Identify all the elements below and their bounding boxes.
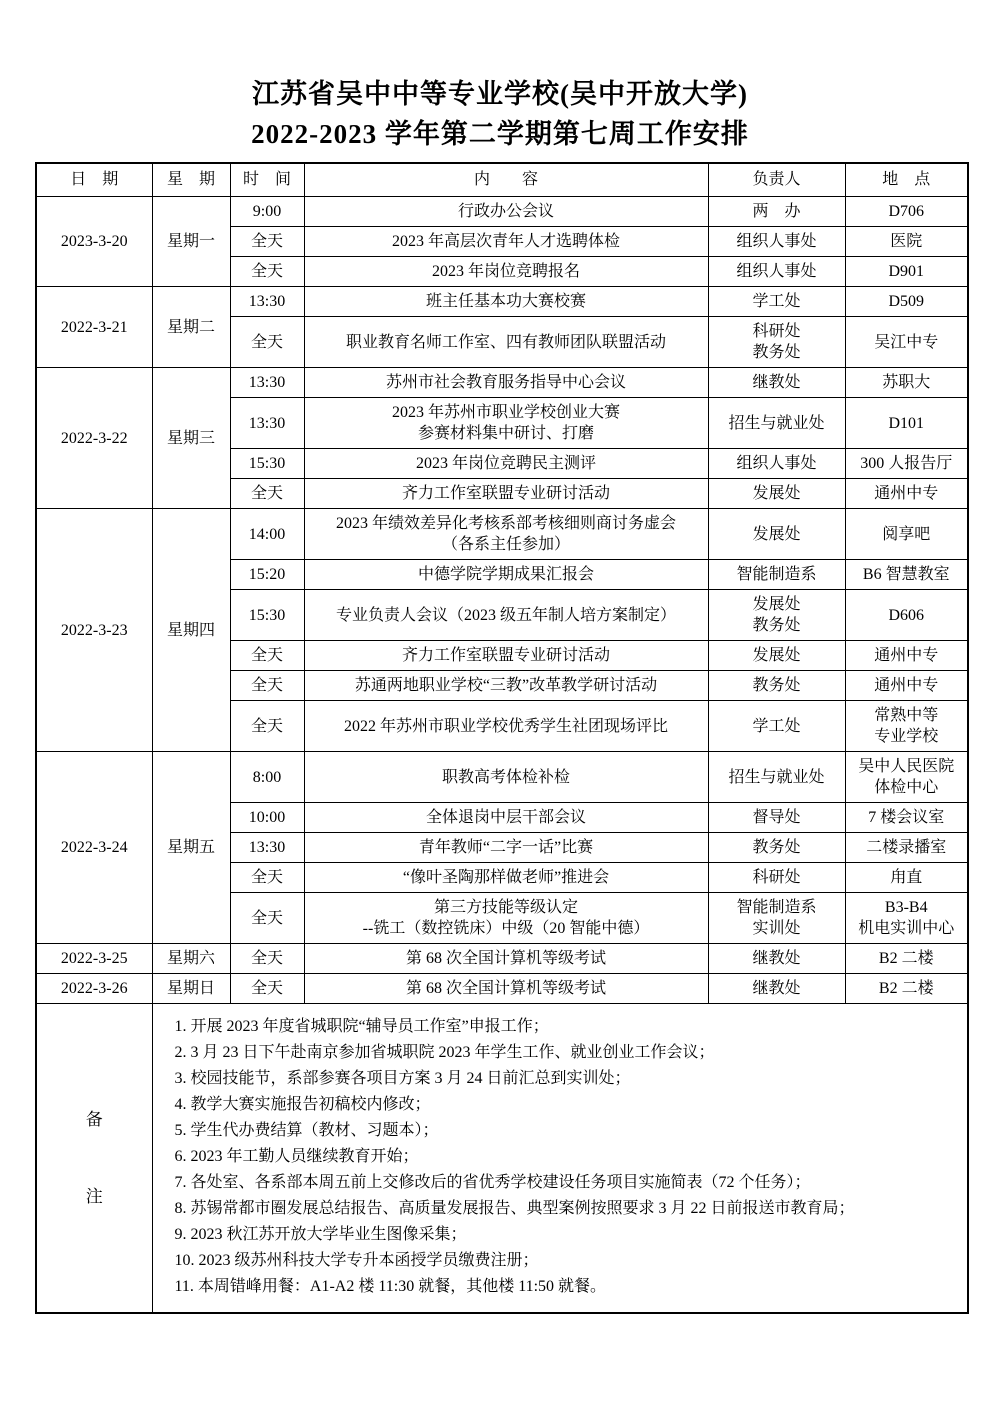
owner-cell: 招生与就业处 xyxy=(708,398,845,449)
schedule-table: 日 期星 期时 间内 容负责人地 点 2023-3-20星期一9:00行政办公会… xyxy=(35,162,969,1314)
place-cell: 医院 xyxy=(845,227,968,257)
place-cell-line: 阅享吧 xyxy=(848,524,966,545)
content-cell: 全体退岗中层干部会议 xyxy=(304,803,708,833)
place-cell: D706 xyxy=(845,197,968,227)
content-cell: 2023 年苏州市职业学校创业大赛参赛材料集中研讨、打磨 xyxy=(304,398,708,449)
time-cell: 14:00 xyxy=(230,509,304,560)
content-cell-line: 青年教师“二字一话”比赛 xyxy=(307,837,706,858)
note-item: 7. 各处室、各系部本周五前上交修改后的省优秀学校建设任务项目实施简表（72 个… xyxy=(175,1170,958,1196)
schedule-row: 2023-3-20星期一9:00行政办公会议两 办D706 xyxy=(36,197,968,227)
place-cell-line: 通州中专 xyxy=(848,675,966,696)
note-item: 9. 2023 秋江苏开放大学毕业生图像采集； xyxy=(175,1222,958,1248)
content-cell-line: 2023 年绩效差异化考核系部考核细则商讨务虚会 xyxy=(307,513,706,534)
weekday-cell: 星期三 xyxy=(152,368,230,509)
content-cell-line: 2023 年岗位竞聘报名 xyxy=(307,261,706,282)
owner-cell: 继教处 xyxy=(708,368,845,398)
content-cell-line: 行政办公会议 xyxy=(307,201,706,222)
time-cell-line: 13:30 xyxy=(233,291,302,312)
content-cell: 行政办公会议 xyxy=(304,197,708,227)
schedule-row: 2022-3-25星期六全天第 68 次全国计算机等级考试继教处B2 二楼 xyxy=(36,944,968,974)
owner-cell: 科研处教务处 xyxy=(708,317,845,368)
document-title-line1: 江苏省吴中中等专业学校(吴中开放大学) xyxy=(0,74,1000,114)
time-cell-line: 全天 xyxy=(233,483,302,504)
weekday-cell-line: 星期二 xyxy=(155,317,228,338)
content-cell: 2023 年绩效差异化考核系部考核细则商讨务虚会（各系主任参加） xyxy=(304,509,708,560)
owner-cell: 智能制造系 xyxy=(708,560,845,590)
place-cell-line: 通州中专 xyxy=(848,483,966,504)
notes-label-cell: 备注 xyxy=(36,1004,152,1314)
time-cell-line: 全天 xyxy=(233,716,302,737)
content-cell: 齐力工作室联盟专业研讨活动 xyxy=(304,641,708,671)
content-cell-line: 参赛材料集中研讨、打磨 xyxy=(307,423,706,444)
place-cell: D901 xyxy=(845,257,968,287)
time-cell-line: 全天 xyxy=(233,261,302,282)
column-header: 负责人 xyxy=(708,163,845,197)
schedule-header: 日 期星 期时 间内 容负责人地 点 xyxy=(36,163,968,197)
schedule-row: 2022-3-24星期五8:00职教高考体检补检招生与就业处吴中人民医院体检中心 xyxy=(36,752,968,803)
note-item: 10. 2023 级苏州科技大学专升本函授学员缴费注册； xyxy=(175,1248,958,1274)
place-cell: D606 xyxy=(845,590,968,641)
notes-cell: 1. 开展 2023 年度省城职院“辅导员工作室”申报工作；2. 3 月 23 … xyxy=(152,1004,968,1314)
place-cell: 苏职大 xyxy=(845,368,968,398)
time-cell: 全天 xyxy=(230,944,304,974)
time-cell: 13:30 xyxy=(230,287,304,317)
weekday-cell-line: 星期五 xyxy=(155,837,228,858)
time-cell-line: 8:00 xyxy=(233,767,302,788)
weekday-cell-line: 星期三 xyxy=(155,428,228,449)
owner-cell: 组织人事处 xyxy=(708,227,845,257)
time-cell-line: 13:30 xyxy=(233,372,302,393)
content-cell: 专业负责人会议（2023 级五年制人培方案制定） xyxy=(304,590,708,641)
time-cell: 全天 xyxy=(230,479,304,509)
weekday-cell-line: 星期日 xyxy=(155,978,228,999)
time-cell-line: 14:00 xyxy=(233,524,302,545)
content-cell-line: 职教高考体检补检 xyxy=(307,767,706,788)
notes-row: 备注1. 开展 2023 年度省城职院“辅导员工作室”申报工作；2. 3 月 2… xyxy=(36,1004,968,1314)
note-item: 4. 教学大赛实施报告初稿校内修改； xyxy=(175,1092,958,1118)
date-cell-line: 2022-3-23 xyxy=(39,620,150,641)
note-item: 6. 2023 年工勤人员继续教育开始； xyxy=(175,1144,958,1170)
owner-cell-line: 发展处 xyxy=(711,594,843,615)
owner-cell: 继教处 xyxy=(708,944,845,974)
owner-cell-line: 教务处 xyxy=(711,675,843,696)
time-cell: 15:30 xyxy=(230,449,304,479)
time-cell-line: 全天 xyxy=(233,675,302,696)
content-cell-line: 苏州市社会教育服务指导中心会议 xyxy=(307,372,706,393)
place-cell: 阅享吧 xyxy=(845,509,968,560)
weekday-cell-line: 星期六 xyxy=(155,948,228,969)
place-cell-line: B2 二楼 xyxy=(848,978,966,999)
owner-cell-line: 教务处 xyxy=(711,342,843,363)
owner-cell: 继教处 xyxy=(708,974,845,1004)
owner-cell-line: 招生与就业处 xyxy=(711,413,843,434)
content-cell-line: 2023 年岗位竞聘民主测评 xyxy=(307,453,706,474)
content-cell: “像叶圣陶那样做老师”推进会 xyxy=(304,863,708,893)
owner-cell-line: 教务处 xyxy=(711,837,843,858)
content-cell: 职业教育名师工作室、四有教师团队联盟活动 xyxy=(304,317,708,368)
place-cell: B2 二楼 xyxy=(845,974,968,1004)
owner-cell: 组织人事处 xyxy=(708,449,845,479)
time-cell: 全天 xyxy=(230,863,304,893)
time-cell: 全天 xyxy=(230,671,304,701)
note-item: 11. 本周错峰用餐：A1-A2 楼 11:30 就餐，其他楼 11:50 就餐… xyxy=(175,1274,958,1300)
weekday-cell: 星期日 xyxy=(152,974,230,1004)
content-cell-line: 专业负责人会议（2023 级五年制人培方案制定） xyxy=(307,605,706,626)
content-cell: 2023 年岗位竞聘报名 xyxy=(304,257,708,287)
place-cell-line: 吴江中专 xyxy=(848,332,966,353)
content-cell-line: --铣工（数控铣床）中级（20 智能中德） xyxy=(307,918,706,939)
owner-cell: 发展处教务处 xyxy=(708,590,845,641)
date-cell-line: 2022-3-26 xyxy=(39,978,150,999)
owner-cell: 学工处 xyxy=(708,701,845,752)
schedule-row: 2022-3-21星期二13:30班主任基本功大赛校赛学工处D509 xyxy=(36,287,968,317)
date-cell-line: 2022-3-25 xyxy=(39,948,150,969)
note-item: 8. 苏锡常都市圈发展总结报告、高质量发展报告、典型案例按照要求 3 月 22 … xyxy=(175,1196,958,1222)
place-cell: B6 智慧教室 xyxy=(845,560,968,590)
time-cell-line: 9:00 xyxy=(233,201,302,222)
place-cell-line: 苏职大 xyxy=(848,372,966,393)
place-cell-line: 甪直 xyxy=(848,867,966,888)
content-cell: 班主任基本功大赛校赛 xyxy=(304,287,708,317)
owner-cell: 发展处 xyxy=(708,641,845,671)
time-cell-line: 10:00 xyxy=(233,807,302,828)
schedule-body: 2023-3-20星期一9:00行政办公会议两 办D706全天2023 年高层次… xyxy=(36,197,968,1314)
owner-cell-line: 继教处 xyxy=(711,948,843,969)
column-header: 星 期 xyxy=(152,163,230,197)
place-cell-line: 医院 xyxy=(848,231,966,252)
place-cell-line: 专业学校 xyxy=(848,726,966,747)
place-cell: 300 人报告厅 xyxy=(845,449,968,479)
content-cell: 苏通两地职业学校“三教”改革教学研讨活动 xyxy=(304,671,708,701)
content-cell-line: “像叶圣陶那样做老师”推进会 xyxy=(307,867,706,888)
column-header: 内 容 xyxy=(304,163,708,197)
time-cell: 10:00 xyxy=(230,803,304,833)
time-cell: 全天 xyxy=(230,317,304,368)
time-cell-line: 全天 xyxy=(233,867,302,888)
owner-cell-line: 智能制造系 xyxy=(711,897,843,918)
content-cell-line: 职业教育名师工作室、四有教师团队联盟活动 xyxy=(307,332,706,353)
time-cell: 13:30 xyxy=(230,833,304,863)
content-cell-line: 2022 年苏州市职业学校优秀学生社团现场评比 xyxy=(307,716,706,737)
owner-cell: 学工处 xyxy=(708,287,845,317)
owner-cell-line: 科研处 xyxy=(711,867,843,888)
owner-cell: 教务处 xyxy=(708,833,845,863)
weekday-cell: 星期五 xyxy=(152,752,230,944)
place-cell: B3-B4机电实训中心 xyxy=(845,893,968,944)
time-cell-line: 13:30 xyxy=(233,413,302,434)
place-cell-line: 7 楼会议室 xyxy=(848,807,966,828)
time-cell-line: 15:30 xyxy=(233,605,302,626)
place-cell-line: D509 xyxy=(848,291,966,312)
owner-cell-line: 实训处 xyxy=(711,918,843,939)
time-cell: 15:20 xyxy=(230,560,304,590)
place-cell-line: 300 人报告厅 xyxy=(848,453,966,474)
content-cell-line: 班主任基本功大赛校赛 xyxy=(307,291,706,312)
time-cell: 全天 xyxy=(230,893,304,944)
content-cell: 2023 年岗位竞聘民主测评 xyxy=(304,449,708,479)
content-cell-line: 苏通两地职业学校“三教”改革教学研讨活动 xyxy=(307,675,706,696)
time-cell: 全天 xyxy=(230,974,304,1004)
document-title: 江苏省吴中中等专业学校(吴中开放大学) 2022-2023 学年第二学期第七周工… xyxy=(0,0,1000,154)
date-cell-line: 2022-3-22 xyxy=(39,428,150,449)
content-cell: 第三方技能等级认定--铣工（数控铣床）中级（20 智能中德） xyxy=(304,893,708,944)
document-title-line2: 2022-2023 学年第二学期第七周工作安排 xyxy=(0,114,1000,154)
place-cell: D509 xyxy=(845,287,968,317)
place-cell-line: 通州中专 xyxy=(848,645,966,666)
time-cell-line: 15:20 xyxy=(233,564,302,585)
column-header: 地 点 xyxy=(845,163,968,197)
weekday-cell-line: 星期四 xyxy=(155,620,228,641)
date-cell-line: 2022-3-21 xyxy=(39,317,150,338)
place-cell: 二楼录播室 xyxy=(845,833,968,863)
owner-cell-line: 智能制造系 xyxy=(711,564,843,585)
weekday-cell-line: 星期一 xyxy=(155,231,228,252)
content-cell-line: 2023 年高层次青年人才选聘体检 xyxy=(307,231,706,252)
place-cell-line: 常熟中等 xyxy=(848,705,966,726)
schedule-row: 2022-3-26星期日全天第 68 次全国计算机等级考试继教处B2 二楼 xyxy=(36,974,968,1004)
time-cell-line: 全天 xyxy=(233,948,302,969)
time-cell: 全天 xyxy=(230,257,304,287)
content-cell: 齐力工作室联盟专业研讨活动 xyxy=(304,479,708,509)
place-cell-line: 体检中心 xyxy=(848,777,966,798)
place-cell-line: D901 xyxy=(848,261,966,282)
content-cell: 青年教师“二字一话”比赛 xyxy=(304,833,708,863)
place-cell-line: B6 智慧教室 xyxy=(848,564,966,585)
date-cell-line: 2022-3-24 xyxy=(39,837,150,858)
place-cell: 通州中专 xyxy=(845,479,968,509)
header-row: 日 期星 期时 间内 容负责人地 点 xyxy=(36,163,968,197)
owner-cell-line: 组织人事处 xyxy=(711,261,843,282)
owner-cell: 发展处 xyxy=(708,509,845,560)
place-cell: B2 二楼 xyxy=(845,944,968,974)
time-cell-line: 15:30 xyxy=(233,453,302,474)
owner-cell-line: 组织人事处 xyxy=(711,231,843,252)
date-cell: 2022-3-24 xyxy=(36,752,152,944)
notes-label: 备注 xyxy=(39,1109,150,1207)
place-cell: 吴江中专 xyxy=(845,317,968,368)
time-cell: 9:00 xyxy=(230,197,304,227)
content-cell-line: 齐力工作室联盟专业研讨活动 xyxy=(307,483,706,504)
place-cell-line: B3-B4 xyxy=(848,897,966,918)
owner-cell-line: 继教处 xyxy=(711,978,843,999)
content-cell-line: 齐力工作室联盟专业研讨活动 xyxy=(307,645,706,666)
place-cell-line: D606 xyxy=(848,605,966,626)
owner-cell: 招生与就业处 xyxy=(708,752,845,803)
note-item: 5. 学生代办费结算（教材、习题本）； xyxy=(175,1118,958,1144)
owner-cell-line: 继教处 xyxy=(711,372,843,393)
content-cell-line: 第 68 次全国计算机等级考试 xyxy=(307,948,706,969)
content-cell: 第 68 次全国计算机等级考试 xyxy=(304,974,708,1004)
place-cell-line: 机电实训中心 xyxy=(848,918,966,939)
place-cell-line: D101 xyxy=(848,413,966,434)
place-cell-line: B2 二楼 xyxy=(848,948,966,969)
notes-label-char: 注 xyxy=(86,1186,103,1207)
time-cell-line: 全天 xyxy=(233,231,302,252)
owner-cell-line: 组织人事处 xyxy=(711,453,843,474)
place-cell-line: 吴中人民医院 xyxy=(848,756,966,777)
time-cell: 全天 xyxy=(230,227,304,257)
weekday-cell: 星期二 xyxy=(152,287,230,368)
place-cell: 通州中专 xyxy=(845,671,968,701)
date-cell: 2023-3-20 xyxy=(36,197,152,287)
owner-cell-line: 科研处 xyxy=(711,321,843,342)
owner-cell: 智能制造系实训处 xyxy=(708,893,845,944)
place-cell-line: D706 xyxy=(848,201,966,222)
place-cell: 吴中人民医院体检中心 xyxy=(845,752,968,803)
place-cell: 7 楼会议室 xyxy=(845,803,968,833)
content-cell: 2023 年高层次青年人才选聘体检 xyxy=(304,227,708,257)
owner-cell-line: 学工处 xyxy=(711,291,843,312)
content-cell: 2022 年苏州市职业学校优秀学生社团现场评比 xyxy=(304,701,708,752)
place-cell: D101 xyxy=(845,398,968,449)
place-cell: 甪直 xyxy=(845,863,968,893)
content-cell: 职教高考体检补检 xyxy=(304,752,708,803)
owner-cell: 组织人事处 xyxy=(708,257,845,287)
owner-cell: 发展处 xyxy=(708,479,845,509)
schedule-row: 2022-3-22星期三13:30苏州市社会教育服务指导中心会议继教处苏职大 xyxy=(36,368,968,398)
owner-cell-line: 发展处 xyxy=(711,483,843,504)
time-cell: 全天 xyxy=(230,701,304,752)
content-cell-line: 全体退岗中层干部会议 xyxy=(307,807,706,828)
content-cell-line: 2023 年苏州市职业学校创业大赛 xyxy=(307,402,706,423)
owner-cell: 教务处 xyxy=(708,671,845,701)
date-cell: 2022-3-21 xyxy=(36,287,152,368)
content-cell: 苏州市社会教育服务指导中心会议 xyxy=(304,368,708,398)
document-page: 江苏省吴中中等专业学校(吴中开放大学) 2022-2023 学年第二学期第七周工… xyxy=(0,0,1000,1414)
time-cell: 13:30 xyxy=(230,398,304,449)
note-item: 3. 校园技能节，系部参赛各项目方案 3 月 24 日前汇总到实训处； xyxy=(175,1066,958,1092)
place-cell: 通州中专 xyxy=(845,641,968,671)
place-cell: 常熟中等专业学校 xyxy=(845,701,968,752)
time-cell-line: 13:30 xyxy=(233,837,302,858)
time-cell: 13:30 xyxy=(230,368,304,398)
time-cell-line: 全天 xyxy=(233,645,302,666)
column-header: 日 期 xyxy=(36,163,152,197)
content-cell-line: 中德学院学期成果汇报会 xyxy=(307,564,706,585)
time-cell: 15:30 xyxy=(230,590,304,641)
content-cell: 第 68 次全国计算机等级考试 xyxy=(304,944,708,974)
note-item: 1. 开展 2023 年度省城职院“辅导员工作室”申报工作； xyxy=(175,1014,958,1040)
notes-label-char: 备 xyxy=(86,1109,103,1130)
date-cell: 2022-3-26 xyxy=(36,974,152,1004)
owner-cell-line: 两 办 xyxy=(711,201,843,222)
content-cell-line: （各系主任参加） xyxy=(307,534,706,555)
content-cell: 中德学院学期成果汇报会 xyxy=(304,560,708,590)
owner-cell-line: 学工处 xyxy=(711,716,843,737)
place-cell-line: 二楼录播室 xyxy=(848,837,966,858)
weekday-cell: 星期一 xyxy=(152,197,230,287)
date-cell: 2022-3-25 xyxy=(36,944,152,974)
date-cell: 2022-3-23 xyxy=(36,509,152,752)
time-cell-line: 全天 xyxy=(233,908,302,929)
time-cell: 8:00 xyxy=(230,752,304,803)
weekday-cell: 星期四 xyxy=(152,509,230,752)
owner-cell: 科研处 xyxy=(708,863,845,893)
content-cell-line: 第三方技能等级认定 xyxy=(307,897,706,918)
owner-cell-line: 招生与就业处 xyxy=(711,767,843,788)
owner-cell-line: 发展处 xyxy=(711,524,843,545)
time-cell: 全天 xyxy=(230,641,304,671)
time-cell-line: 全天 xyxy=(233,332,302,353)
owner-cell-line: 发展处 xyxy=(711,645,843,666)
owner-cell: 督导处 xyxy=(708,803,845,833)
time-cell-line: 全天 xyxy=(233,978,302,999)
date-cell: 2022-3-22 xyxy=(36,368,152,509)
content-cell-line: 第 68 次全国计算机等级考试 xyxy=(307,978,706,999)
owner-cell-line: 教务处 xyxy=(711,615,843,636)
weekday-cell: 星期六 xyxy=(152,944,230,974)
column-header: 时 间 xyxy=(230,163,304,197)
owner-cell: 两 办 xyxy=(708,197,845,227)
note-item: 2. 3 月 23 日下午赴南京参加省城职院 2023 年学生工作、就业创业工作… xyxy=(175,1040,958,1066)
owner-cell-line: 督导处 xyxy=(711,807,843,828)
schedule-row: 2022-3-23星期四14:002023 年绩效差异化考核系部考核细则商讨务虚… xyxy=(36,509,968,560)
date-cell-line: 2023-3-20 xyxy=(39,231,150,252)
